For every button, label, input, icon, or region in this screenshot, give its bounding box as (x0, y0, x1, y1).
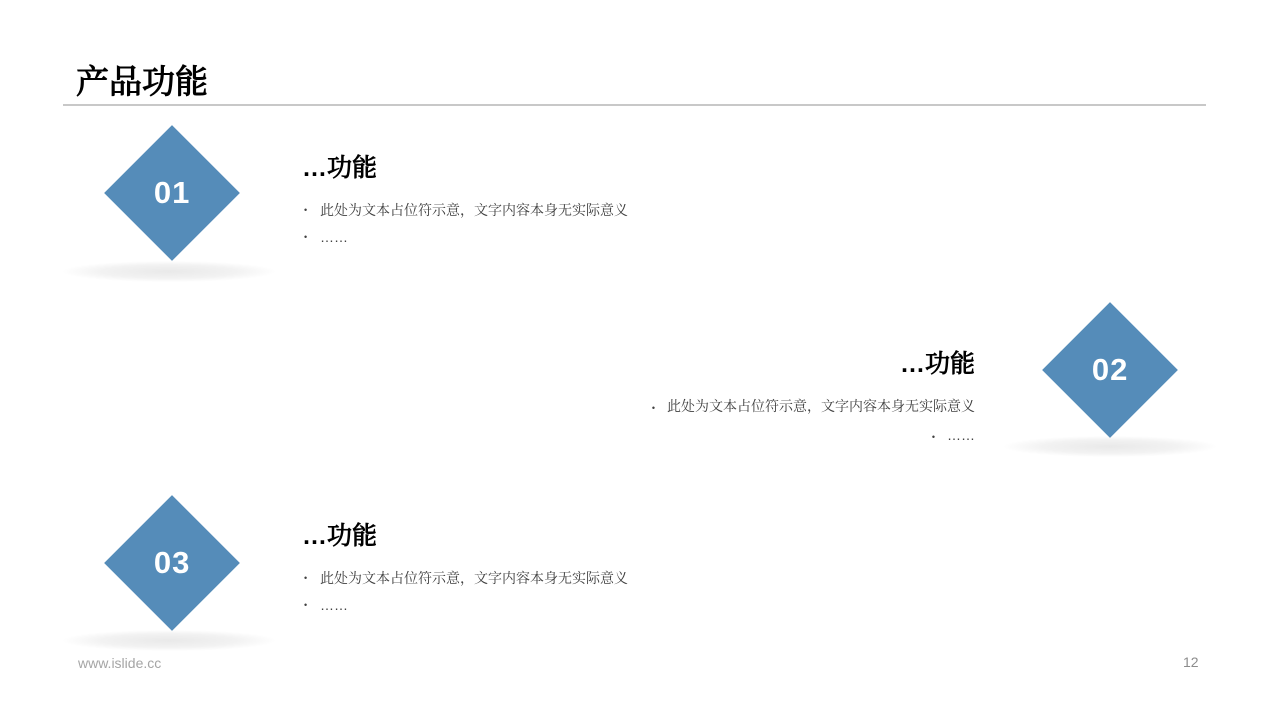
bullet-list: 此处为文本占位符示意，文字内容本身无实际意义 …… (652, 393, 975, 451)
bullet-item: …… (302, 224, 628, 251)
section-heading: …功能 (302, 521, 628, 551)
feature-text-block: …功能 此处为文本占位符示意，文字内容本身无实际意义 …… (302, 521, 628, 619)
slide: 产品功能 01 …功能 此处为文本占位符示意，文字内容本身无实际意义 …… …功… (0, 0, 1280, 720)
feature-text-block: …功能 此处为文本占位符示意，文字内容本身无实际意义 …… (652, 349, 975, 451)
page-title: 产品功能 (76, 56, 208, 103)
page-number: 12 (1183, 654, 1199, 670)
badge-number: 01 (154, 175, 190, 211)
badge-number: 02 (1092, 352, 1128, 388)
bullet-item: …… (302, 592, 628, 619)
diamond-badge-1: 01 (104, 125, 240, 261)
diamond-shadow (63, 261, 275, 282)
bullet-item: 此处为文本占位符示意，文字内容本身无实际意义 (652, 393, 975, 422)
section-heading: …功能 (302, 153, 628, 183)
section-heading: …功能 (652, 349, 975, 379)
badge-number: 03 (154, 545, 190, 581)
bullet-item: …… (652, 422, 975, 451)
footer-site-url: www.islide.cc (78, 655, 161, 671)
diamond-badge-3: 03 (104, 495, 240, 631)
diamond-shadow (1004, 436, 1216, 457)
diamond-shadow (63, 630, 275, 651)
bullet-item: 此处为文本占位符示意，文字内容本身无实际意义 (302, 197, 628, 224)
bullet-item: 此处为文本占位符示意，文字内容本身无实际意义 (302, 565, 628, 592)
bullet-list: 此处为文本占位符示意，文字内容本身无实际意义 …… (302, 197, 628, 251)
title-divider (63, 104, 1206, 106)
diamond-badge-2: 02 (1042, 302, 1178, 438)
feature-text-block: …功能 此处为文本占位符示意，文字内容本身无实际意义 …… (302, 153, 628, 251)
bullet-list: 此处为文本占位符示意，文字内容本身无实际意义 …… (302, 565, 628, 619)
